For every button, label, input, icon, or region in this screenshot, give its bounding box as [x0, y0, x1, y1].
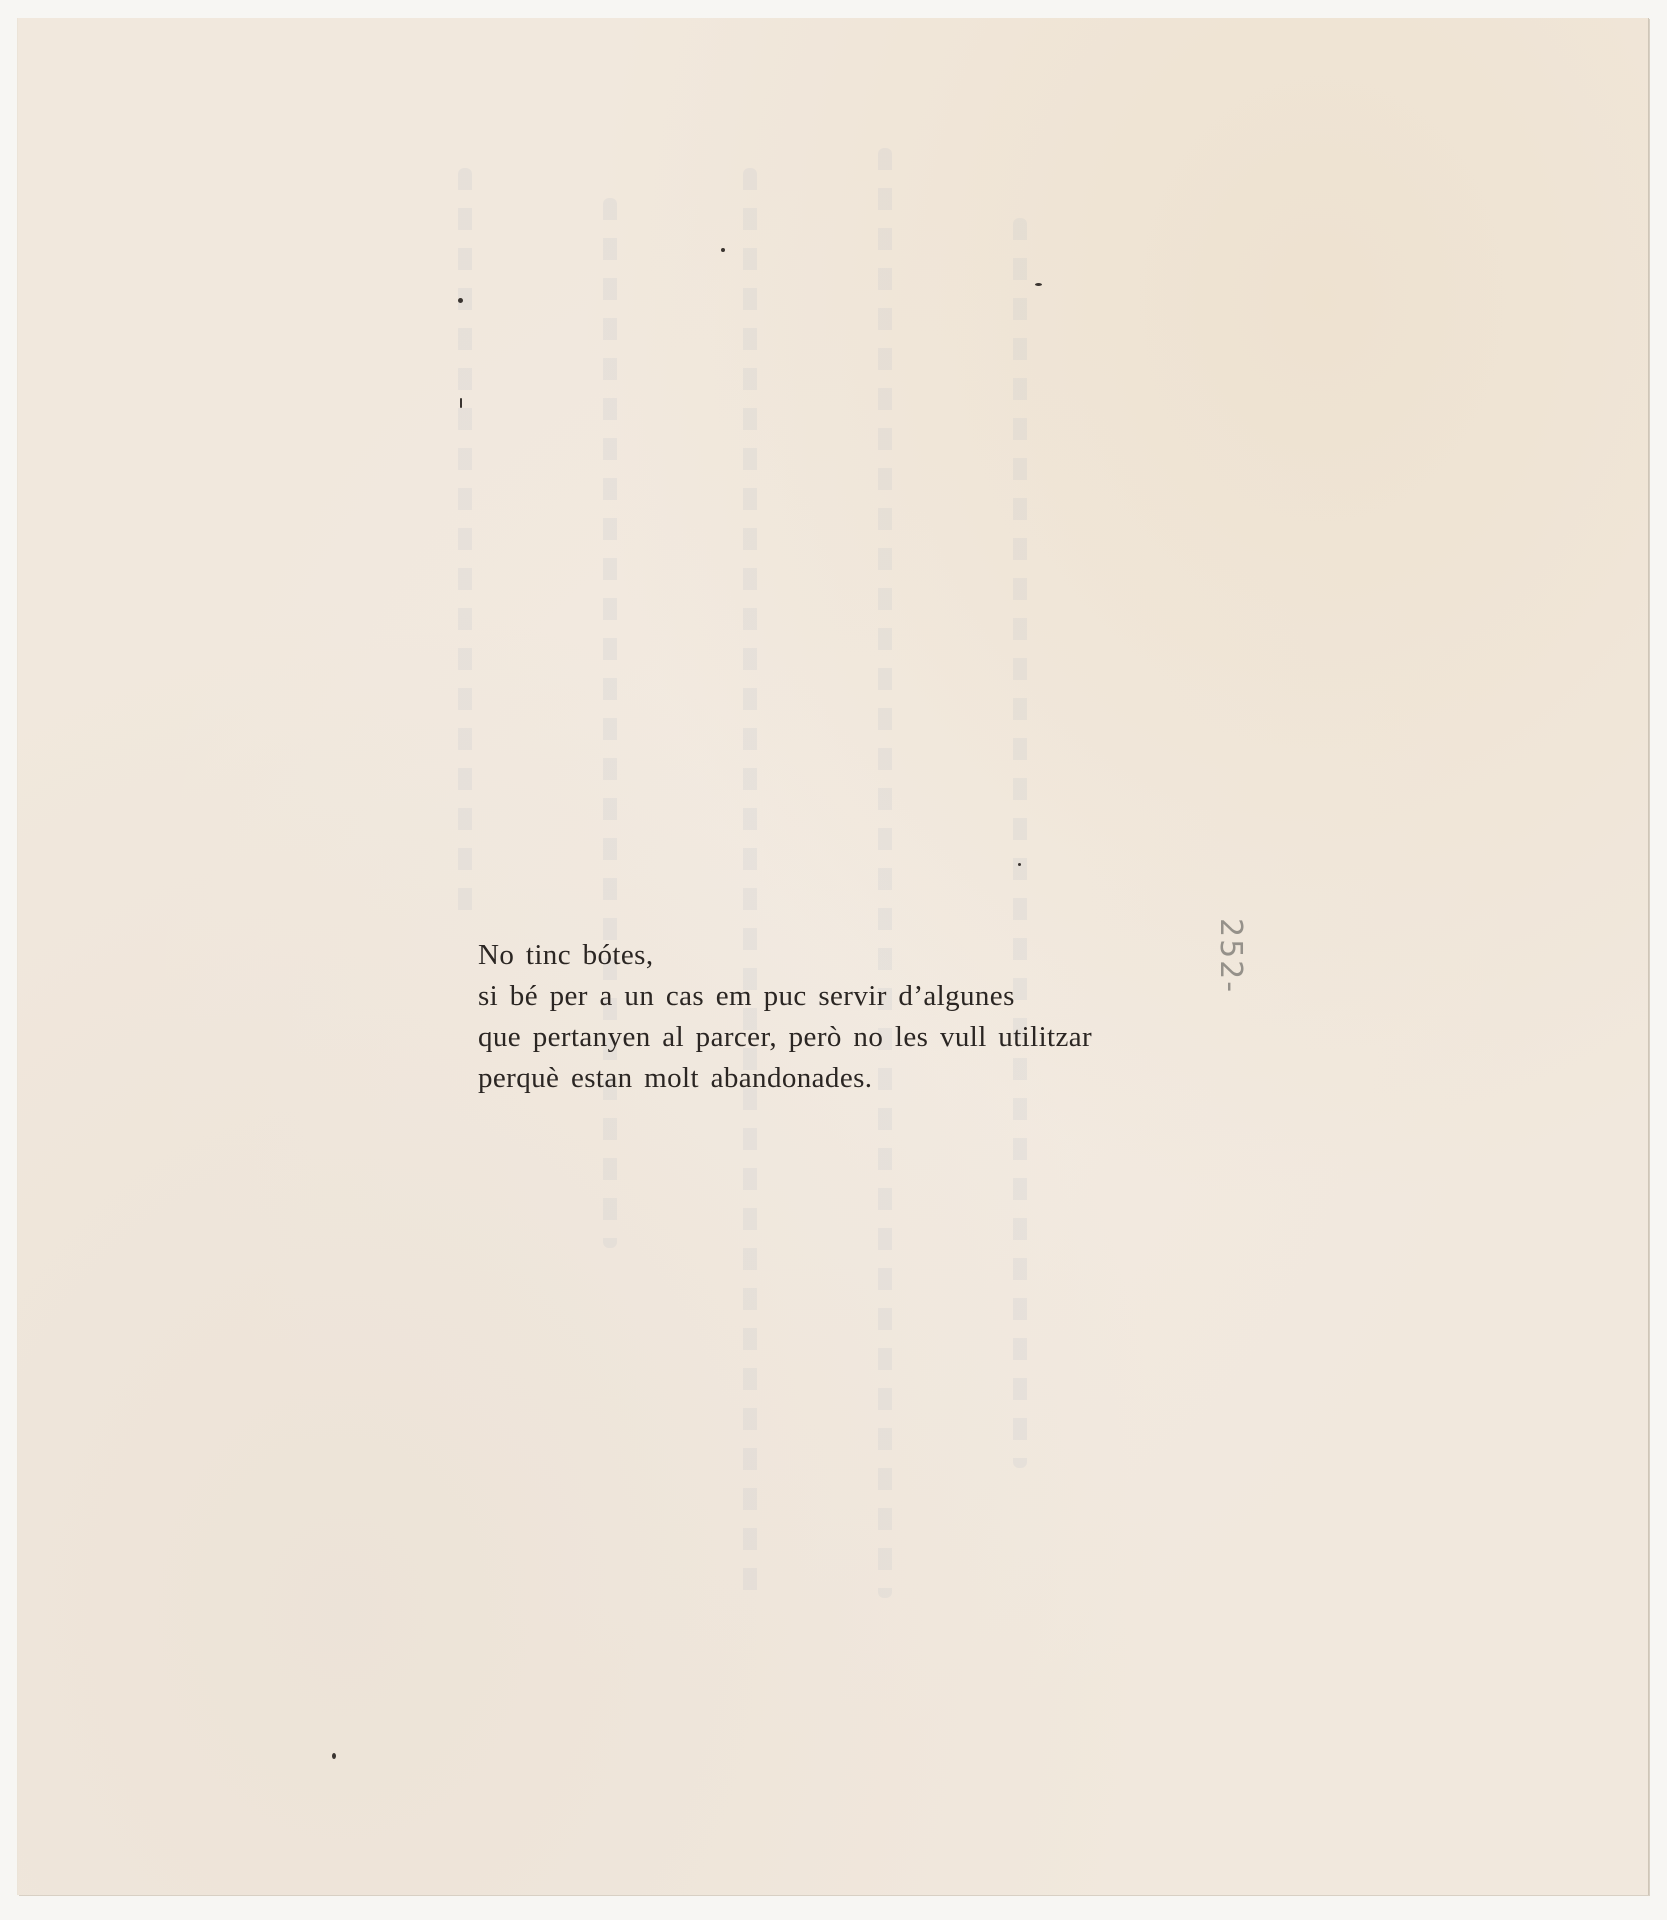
- poem-line-2: si bé per a un cas em puc servir d’algun…: [478, 976, 1092, 1017]
- dust-speck: [460, 398, 462, 408]
- dust-speck: [1035, 283, 1042, 286]
- poem-line-3: que pertanyen al parcer, però no les vul…: [478, 1017, 1092, 1058]
- bleed-through-column: [458, 168, 472, 928]
- bleed-through-column: [743, 168, 757, 1598]
- scanned-paper-page: No tinc bótes, si bé per a un cas em puc…: [18, 18, 1649, 1895]
- pencil-page-number-annotation: 252-: [1213, 918, 1248, 994]
- dust-speck: [332, 1753, 336, 1759]
- dust-speck: [458, 298, 463, 303]
- dust-speck: [721, 248, 725, 252]
- poem-text-block: No tinc bótes, si bé per a un cas em puc…: [478, 935, 1092, 1099]
- bleed-through-column: [878, 148, 892, 1598]
- poem-line-1: No tinc bótes,: [478, 935, 1092, 976]
- bleed-through-column: [1013, 218, 1027, 1468]
- dust-speck: [1018, 863, 1021, 866]
- poem-line-4: perquè estan molt abandonades.: [478, 1058, 1092, 1099]
